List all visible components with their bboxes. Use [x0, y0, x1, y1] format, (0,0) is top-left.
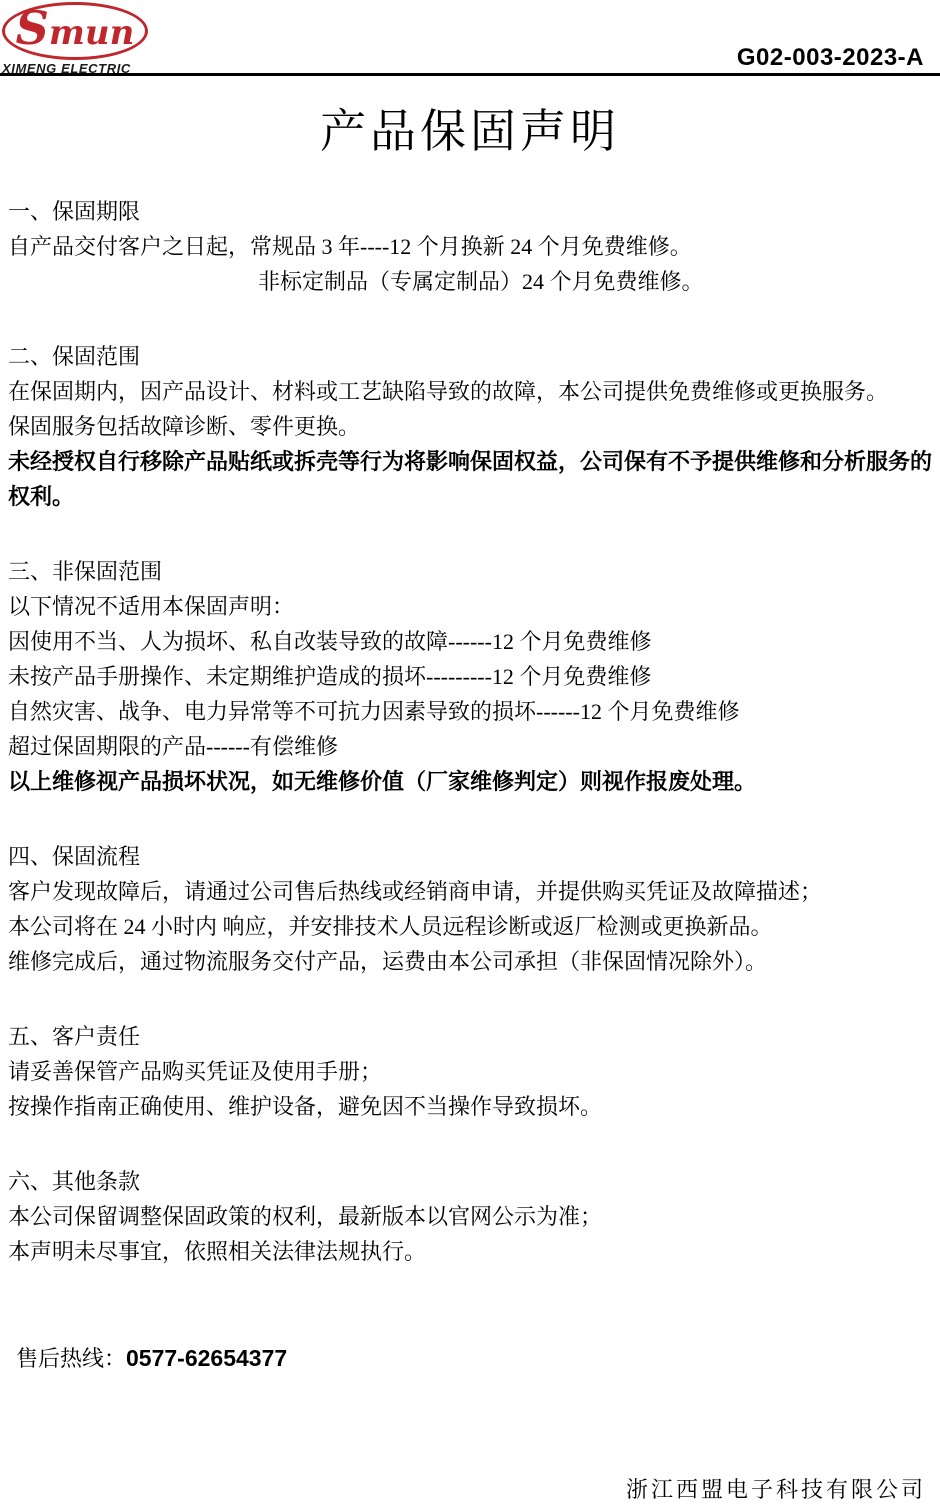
- hotline-label: 售后热线：: [16, 1346, 126, 1371]
- warranty-line: 本公司将在 24 小时内 响应，并安排技术人员远程诊断或返厂检测或更换新品。: [8, 909, 932, 944]
- logo-brand-text: Smun: [16, 11, 135, 50]
- section-warranty-period: 一、保固期限 自产品交付客户之日起，常规品 3 年----12 个月换新 24 …: [8, 194, 932, 299]
- warranty-line: 自然灾害、战争、电力异常等不可抗力因素导致的损坏------12 个月免费维修: [8, 694, 932, 729]
- warranty-line: 维修完成后，通过物流服务交付产品，运费由本公司承担（非保固情况除外）。: [8, 944, 932, 979]
- logo-subtitle-text: XIMENG ELECTRIC: [2, 61, 152, 76]
- warranty-line: 因使用不当、人为损坏、私自改装导致的故障------12 个月免费维修: [8, 624, 932, 659]
- section-non-warranty-scope: 三、非保固范围 以下情况不适用本保固声明： 因使用不当、人为损坏、私自改装导致的…: [8, 554, 932, 799]
- document-body: 一、保固期限 自产品交付客户之日起，常规品 3 年----12 个月换新 24 …: [0, 194, 940, 1376]
- warranty-line: 本声明未尽事宜，依照相关法律法规执行。: [8, 1234, 932, 1269]
- warranty-line: 客户发现故障后，请通过公司售后热线或经销商申请，并提供购买凭证及故障描述；: [8, 874, 932, 909]
- warranty-line: 本公司保留调整保固政策的权利，最新版本以官网公示为准；: [8, 1199, 932, 1234]
- section-customer-responsibility: 五、客户责任 请妥善保管产品购买凭证及使用手册； 按操作指南正确使用、维护设备，…: [8, 1019, 932, 1124]
- warranty-line-emphasis: 以上维修视产品损坏状况，如无维修价值（厂家维修判定）则视作报废处理。: [8, 764, 932, 799]
- logo-ellipse: Smun: [2, 2, 148, 60]
- company-logo: Smun XIMENG ELECTRIC: [2, 2, 152, 76]
- doc-code: G02-003-2023-A: [737, 44, 924, 72]
- warranty-line: 未按产品手册操作、未定期维护造成的损坏---------12 个月免费维修: [8, 659, 932, 694]
- warranty-line: 超过保固期限的产品------有偿维修: [8, 729, 932, 764]
- section-heading: 五、客户责任: [8, 1019, 932, 1054]
- warranty-line: 保固服务包括故障诊断、零件更换。: [8, 409, 932, 444]
- section-other-terms: 六、其他条款 本公司保留调整保固政策的权利，最新版本以官网公示为准； 本声明未尽…: [8, 1164, 932, 1269]
- document-header: Smun XIMENG ELECTRIC G02-003-2023-A: [0, 0, 940, 76]
- warranty-line: 请妥善保管产品购买凭证及使用手册；: [8, 1054, 932, 1089]
- section-heading: 二、保固范围: [8, 339, 932, 374]
- section-heading: 三、非保固范围: [8, 554, 932, 589]
- warranty-line: 按操作指南正确使用、维护设备，避免因不当操作导致损坏。: [8, 1089, 932, 1124]
- section-warranty-process: 四、保固流程 客户发现故障后，请通过公司售后热线或经销商申请，并提供购买凭证及故…: [8, 839, 932, 979]
- company-name-footer: 浙江西盟电子科技有限公司: [626, 1473, 926, 1504]
- section-heading: 四、保固流程: [8, 839, 932, 874]
- warranty-document: Smun XIMENG ELECTRIC G02-003-2023-A 产品保固…: [0, 0, 940, 1512]
- section-warranty-scope: 二、保固范围 在保固期内，因产品设计、材料或工艺缺陷导致的故障，本公司提供免费维…: [8, 339, 932, 514]
- hotline-number: 0577-62654377: [126, 1345, 287, 1371]
- warranty-line: 在保固期内，因产品设计、材料或工艺缺陷导致的故障，本公司提供免费维修或更换服务。: [8, 374, 932, 409]
- warranty-line: 以下情况不适用本保固声明：: [8, 589, 932, 624]
- warranty-line-emphasis: 未经授权自行移除产品贴纸或拆壳等行为将影响保固权益，公司保有不予提供维修和分析服…: [8, 444, 932, 514]
- warranty-line: 自产品交付客户之日起，常规品 3 年----12 个月换新 24 个月免费维修。: [8, 229, 932, 264]
- after-sales-hotline: 售后热线：0577-62654377: [8, 1341, 932, 1376]
- section-heading: 六、其他条款: [8, 1164, 932, 1199]
- page-title: 产品保固声明: [0, 100, 940, 164]
- section-heading: 一、保固期限: [8, 194, 932, 229]
- warranty-line: 非标定制品（专属定制品）24 个月免费维修。: [8, 264, 932, 299]
